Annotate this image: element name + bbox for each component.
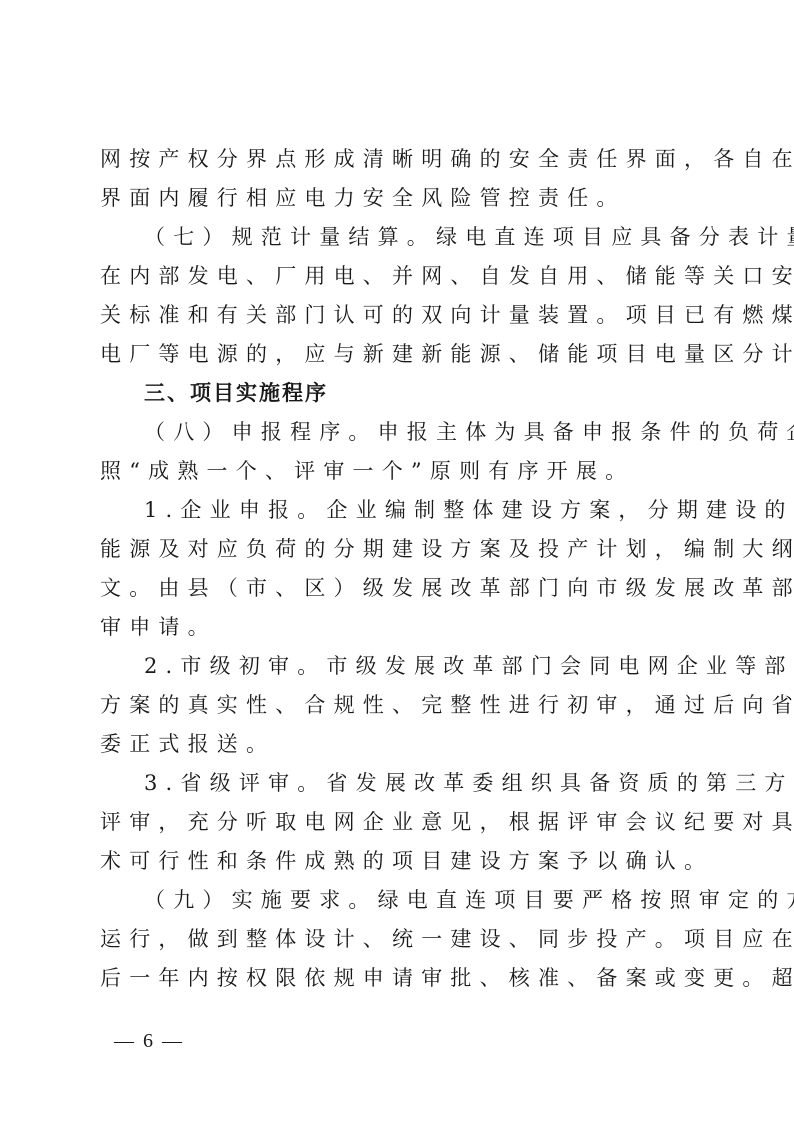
section-9-paragraph: （九）实施要求。绿电直连项目要严格按照审定的方案建设 <box>100 881 696 920</box>
text-line: 方案的真实性、合规性、完整性进行初审，通过后向省发展改革 <box>100 686 696 725</box>
section-7-paragraph: （七）规范计量结算。绿电直连项目应具备分表计量条件， <box>100 218 696 257</box>
text-line: 在内部发电、厂用电、并网、自发自用、储能等关口安装符合相 <box>100 257 696 296</box>
text-line: 照“成熟一个、评审一个”原则有序开展。 <box>100 452 696 491</box>
step-3-paragraph: 3.省级评审。省发展改革委组织具备资质的第三方机构进行 <box>100 764 696 803</box>
text-line: 界面内履行相应电力安全风险管控责任。 <box>100 179 696 218</box>
step-1-paragraph: 1.企业申报。企业编制整体建设方案，分期建设的须明确新 <box>100 491 696 530</box>
text-line: 网按产权分界点形成清晰明确的安全责任界面，各自在安全责任 <box>100 140 696 179</box>
page-number: — 6 — <box>114 1030 184 1053</box>
document-body: 网按产权分界点形成清晰明确的安全责任界面，各自在安全责任 界面内履行相应电力安全… <box>100 140 696 998</box>
text-line: 电厂等电源的，应与新建新能源、储能项目电量区分计量。 <box>100 335 696 374</box>
text-line: 委正式报送。 <box>100 725 696 764</box>
text-line: 文。由县（市、区）级发展改革部门向市级发展改革部门提出初 <box>100 569 696 608</box>
section-8-paragraph: （八）申报程序。申报主体为具备申报条件的负荷企业。按 <box>100 413 696 452</box>
text-line: 后一年内按权限依规申请审批、核准、备案或变更。超一年期后 <box>100 959 696 998</box>
text-line: 能源及对应负荷的分期建设方案及投产计划，编制大纲另行发 <box>100 530 696 569</box>
text-line: 术可行性和条件成熟的项目建设方案予以确认。 <box>100 842 696 881</box>
text-line: 评审，充分听取电网企业意见，根据评审会议纪要对具备经济技 <box>100 803 696 842</box>
text-line: 运行，做到整体设计、统一建设、同步投产。项目应在方案审定 <box>100 920 696 959</box>
text-line: 关标准和有关部门认可的双向计量装置。项目已有燃煤燃气自备 <box>100 296 696 335</box>
step-2-paragraph: 2.市级初审。市级发展改革部门会同电网企业等部门对建设 <box>100 647 696 686</box>
text-line: 审申请。 <box>100 608 696 647</box>
section-heading: 三、项目实施程序 <box>100 374 696 413</box>
